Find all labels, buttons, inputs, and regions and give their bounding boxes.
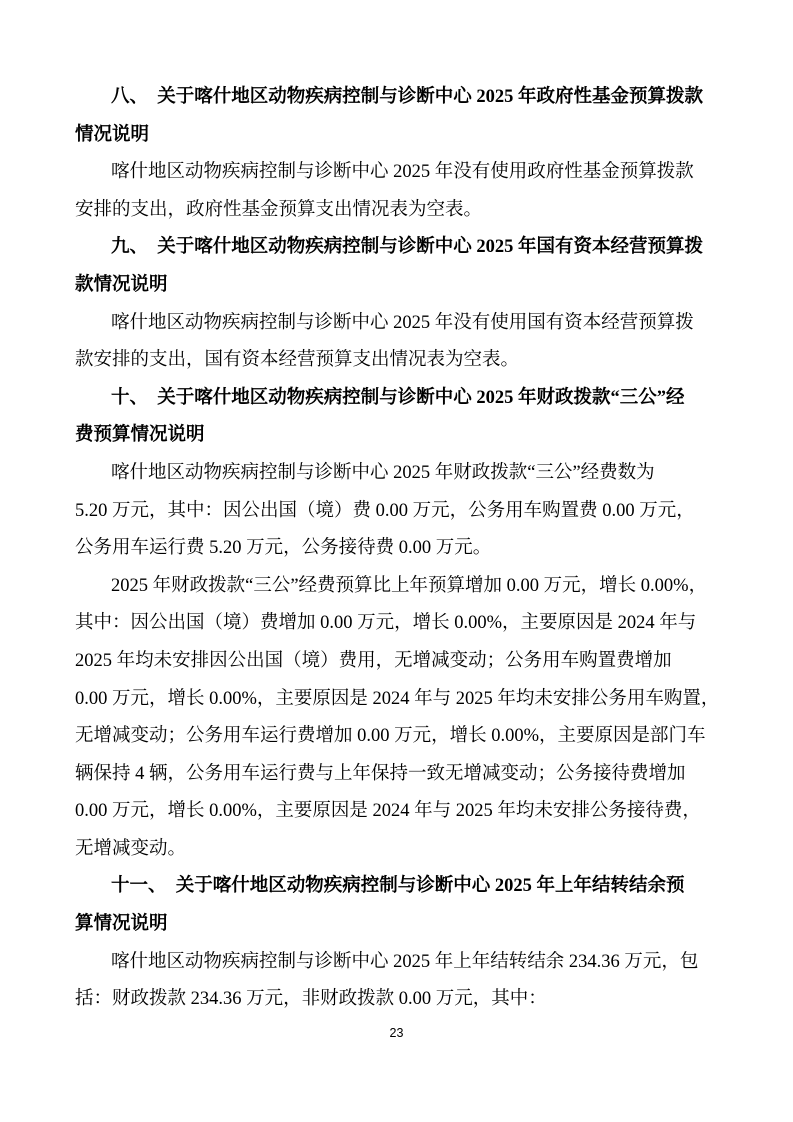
paragraph-line: 辆保持 4 辆，公务用车运行费与上年保持一致无增减变动；公务接待费增加: [75, 756, 725, 794]
paragraph-line: 2025 年财政拨款“三公”经费预算比上年预算增加 0.00 万元，增长 0.0…: [75, 568, 725, 606]
document-section: 八、 关于喀什地区动物疾病控制与诊断中心 2025 年政府性基金预算拨款情况说明…: [75, 79, 725, 229]
paragraph-line: 款安排的支出，国有资本经营预算支出情况表为空表。: [75, 342, 725, 380]
paragraph-line: 喀什地区动物疾病控制与诊断中心 2025 年上年结转结余 234.36 万元，包: [75, 944, 725, 982]
paragraph-line: 5.20 万元，其中：因公出国（境）费 0.00 万元，公务用车购置费 0.00…: [75, 493, 725, 531]
paragraph-line: 0.00 万元，增长 0.00%，主要原因是 2024 年与 2025 年均未安…: [75, 793, 725, 831]
paragraph-line: 其中：因公出国（境）费增加 0.00 万元，增长 0.00%，主要原因是 202…: [75, 605, 725, 643]
paragraph-line: 喀什地区动物疾病控制与诊断中心 2025 年财政拨款“三公”经费数为: [75, 455, 725, 493]
paragraph-line: 无增减变动；公务用车运行费增加 0.00 万元，增长 0.00%，主要原因是部门…: [75, 718, 725, 756]
document-section: 十一、 关于喀什地区动物疾病控制与诊断中心 2025 年上年结转结余预算情况说明…: [75, 868, 725, 1018]
section-heading-line: 款情况说明: [75, 267, 725, 305]
paragraph-line: 喀什地区动物疾病控制与诊断中心 2025 年没有使用政府性基金预算拨款: [75, 154, 725, 192]
section-heading-line: 情况说明: [75, 117, 725, 155]
section-heading-line: 算情况说明: [75, 906, 725, 944]
paragraph-line: 括：财政拨款 234.36 万元，非财政拨款 0.00 万元，其中：: [75, 981, 725, 1019]
document-section: 十、 关于喀什地区动物疾病控制与诊断中心 2025 年财政拨款“三公”经费预算情…: [75, 380, 725, 869]
paragraph-line: 无增减变动。: [75, 831, 725, 869]
page-number: 23: [0, 1025, 793, 1041]
section-heading-line: 费预算情况说明: [75, 417, 725, 455]
section-heading-line: 九、 关于喀什地区动物疾病控制与诊断中心 2025 年国有资本经营预算拨: [75, 229, 725, 267]
page-content: 八、 关于喀什地区动物疾病控制与诊断中心 2025 年政府性基金预算拨款情况说明…: [75, 79, 725, 1019]
section-heading-line: 十、 关于喀什地区动物疾病控制与诊断中心 2025 年财政拨款“三公”经: [75, 380, 725, 418]
paragraph-line: 安排的支出，政府性基金预算支出情况表为空表。: [75, 192, 725, 230]
paragraph-line: 2025 年均未安排因公出国（境）费用，无增减变动；公务用车购置费增加: [75, 643, 725, 681]
paragraph-line: 公务用车运行费 5.20 万元，公务接待费 0.00 万元。: [75, 530, 725, 568]
paragraph-line: 喀什地区动物疾病控制与诊断中心 2025 年没有使用国有资本经营预算拨: [75, 305, 725, 343]
paragraph-line: 0.00 万元，增长 0.00%，主要原因是 2024 年与 2025 年均未安…: [75, 681, 725, 719]
document-section: 九、 关于喀什地区动物疾病控制与诊断中心 2025 年国有资本经营预算拨款情况说…: [75, 229, 725, 379]
section-heading-line: 十一、 关于喀什地区动物疾病控制与诊断中心 2025 年上年结转结余预: [75, 868, 725, 906]
section-heading-line: 八、 关于喀什地区动物疾病控制与诊断中心 2025 年政府性基金预算拨款: [75, 79, 725, 117]
document-page: 八、 关于喀什地区动物疾病控制与诊断中心 2025 年政府性基金预算拨款情况说明…: [0, 0, 793, 1122]
